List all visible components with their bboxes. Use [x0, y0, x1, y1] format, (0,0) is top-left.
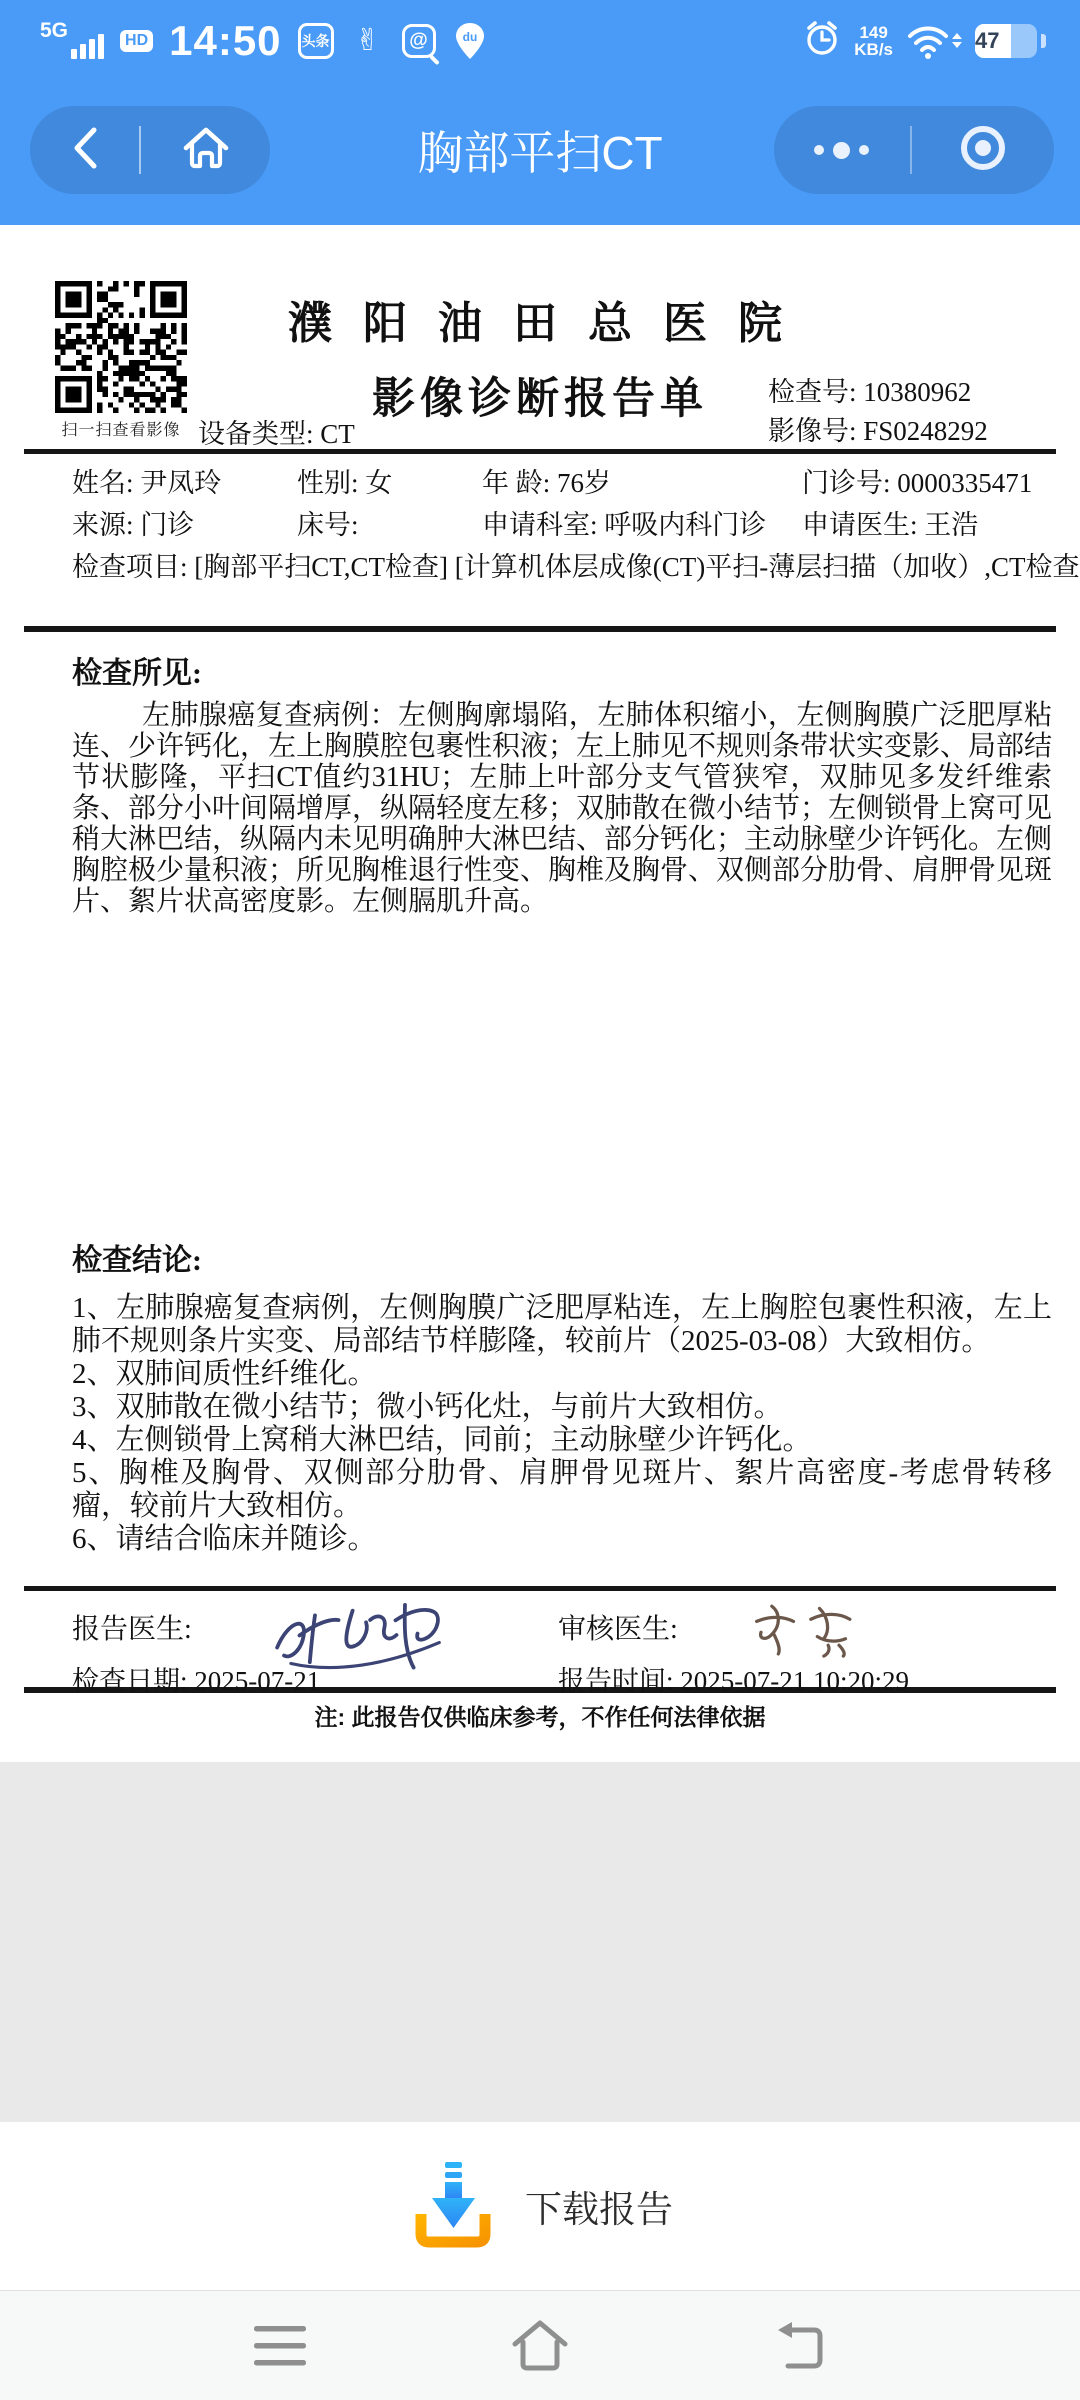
- exam-no: 10380962: [863, 377, 971, 407]
- nav-header: 胸部平扫CT: [0, 75, 1080, 225]
- conclusion-item: 3、双肺散在微小结节；微小钙化灶，与前片大致相仿。: [72, 1391, 1052, 1424]
- battery-nub: [1041, 34, 1046, 48]
- system-navigation-bar: [0, 2290, 1080, 2400]
- conclusion-heading: 检查结论:: [72, 1235, 1080, 1279]
- back-home-capsule: [30, 106, 270, 194]
- report-ids: 检查号: 10380962 影像号: FS0248292: [768, 373, 988, 451]
- pin-du-label: du: [462, 30, 477, 44]
- download-icon: [407, 2158, 499, 2255]
- qr-caption: 扫一扫查看影像: [55, 417, 187, 440]
- alarm-clock-icon: [803, 18, 841, 63]
- disclaimer-note: 注: 此报告仅供临床参考，不作任何法律依据: [0, 1699, 1080, 1732]
- conclusion-list: 1、左肺腺癌复查病例，左侧胸膜广泛肥厚粘连，左上胸腔包裹性积液，左上肺不规则条片…: [72, 1292, 1052, 1556]
- request-dept: 申请科室: 呼吸内科门诊: [482, 508, 802, 542]
- patient-source: 来源: 门诊: [72, 508, 297, 542]
- map-pin-icon: du: [452, 23, 488, 59]
- image-no: FS0248292: [863, 416, 988, 446]
- toutiao-icon: 头条: [298, 23, 334, 59]
- conclusion-item: 5、胸椎及胸骨、双侧部分肋骨、肩胛骨见斑片、絮片高密度-考虑骨转移瘤，较前片大致…: [72, 1457, 1052, 1523]
- signal-icon: 5G: [40, 22, 104, 59]
- signature-block: 报告医生:: [0, 1591, 1080, 1687]
- date-row: 检查日期: 2025-07-21 报告时间: 2025-07-21 10:20:…: [72, 1659, 1050, 1687]
- network-speed: 149 KB/s: [854, 24, 893, 58]
- conclusion-item: 1、左肺腺癌复查病例，左侧胸膜广泛肥厚粘连，左上胸腔包裹性积液，左上肺不规则条片…: [72, 1292, 1052, 1358]
- outpatient-no: 门诊号: 0000335471: [802, 466, 1060, 500]
- device-type: 设备类型: CT: [198, 412, 355, 451]
- patient-info: 姓名: 尹凤玲 性别: 女 年 龄: 76岁 门诊号: 0000335471 来…: [0, 454, 1080, 584]
- exam-no-row: 检查号: 10380962: [768, 373, 988, 412]
- findings-heading: 检查所见:: [72, 648, 1080, 692]
- recent-apps-button[interactable]: [245, 2311, 315, 2381]
- capsule-divider: [139, 126, 141, 174]
- conclusion-item: 4、左侧锁骨上窝稍大淋巴结，同前；主动脉壁少许钙化。: [72, 1424, 1052, 1457]
- home-button[interactable]: [176, 118, 236, 183]
- battery-icon: 47: [975, 24, 1037, 58]
- review-doctor: 审核医生:: [558, 1607, 1050, 1647]
- speed-unit: KB/s: [854, 41, 893, 58]
- qr-code: 扫一扫查看影像: [55, 281, 187, 440]
- request-doctor: 申请医生: 王浩: [802, 508, 1060, 542]
- miniprogram-capsule: [774, 106, 1054, 194]
- hd-badge: HD: [120, 30, 153, 52]
- back-nav-button[interactable]: [765, 2311, 835, 2381]
- conclusion-item: 6、请结合临床并随诊。: [72, 1523, 1052, 1556]
- signal-bars-icon: [71, 34, 104, 59]
- phone-screen: 5G HD 14:50 头条 ✌ @ du: [0, 0, 1080, 2400]
- more-button[interactable]: [814, 142, 869, 159]
- doctor-row: 报告医生:: [72, 1607, 1050, 1659]
- status-right: 149 KB/s 47: [803, 18, 1046, 63]
- status-bar: 5G HD 14:50 头条 ✌ @ du: [0, 0, 1080, 75]
- speed-value: 149: [859, 24, 887, 41]
- conclusion-item: 2、双肺间质性纤维化。: [72, 1358, 1052, 1391]
- scroll-background: [0, 1762, 1080, 2122]
- exam-date: 检查日期: 2025-07-21: [72, 1659, 558, 1698]
- image-no-row: 影像号: FS0248292: [768, 412, 988, 451]
- divider: [24, 626, 1056, 632]
- capsule-divider: [910, 126, 912, 174]
- bed-no: 床号:: [297, 508, 482, 542]
- patient-sex: 性别: 女: [297, 466, 482, 500]
- report-time: 报告时间: 2025-07-21 10:20:29: [558, 1659, 1050, 1698]
- download-label: 下载报告: [525, 2179, 673, 2233]
- network-type: 5G: [40, 22, 68, 40]
- close-target-button[interactable]: [952, 117, 1014, 184]
- gesture-icon: ✌: [350, 23, 386, 59]
- patient-age: 年 龄: 76岁: [482, 466, 802, 500]
- report-header: 扫一扫查看影像 濮 阳 油 田 总 医 院 影像诊断报告单 检查号: 10380…: [0, 225, 1080, 449]
- exam-items: 检查项目: [胸部平扫CT,CT检查] [计算机体层成像(CT)平扫-薄层扫描（…: [72, 550, 1060, 584]
- report-document: 扫一扫查看影像 濮 阳 油 田 总 医 院 影像诊断报告单 检查号: 10380…: [0, 225, 1080, 1762]
- status-time: 14:50: [169, 17, 281, 65]
- patient-name: 姓名: 尹凤玲: [72, 466, 297, 500]
- status-left: 5G HD 14:50 头条 ✌ @ du: [40, 17, 488, 65]
- download-bar[interactable]: 下载报告: [0, 2122, 1080, 2290]
- review-doctor-signature: [748, 1589, 878, 1669]
- baidu-search-icon: @: [402, 24, 436, 58]
- report-doctor: 报告医生:: [72, 1607, 558, 1647]
- patient-info-grid: 姓名: 尹凤玲 性别: 女 年 龄: 76岁 门诊号: 0000335471 来…: [72, 466, 1060, 542]
- home-nav-button[interactable]: [505, 2311, 575, 2381]
- findings-text: 左肺腺癌复查病例：左侧胸廓塌陷，左肺体积缩小，左侧胸膜广泛肥厚粘连、少许钙化，左…: [72, 700, 1052, 917]
- back-button[interactable]: [65, 118, 105, 183]
- wifi-icon: [906, 22, 962, 60]
- battery-percent: 47: [975, 28, 999, 53]
